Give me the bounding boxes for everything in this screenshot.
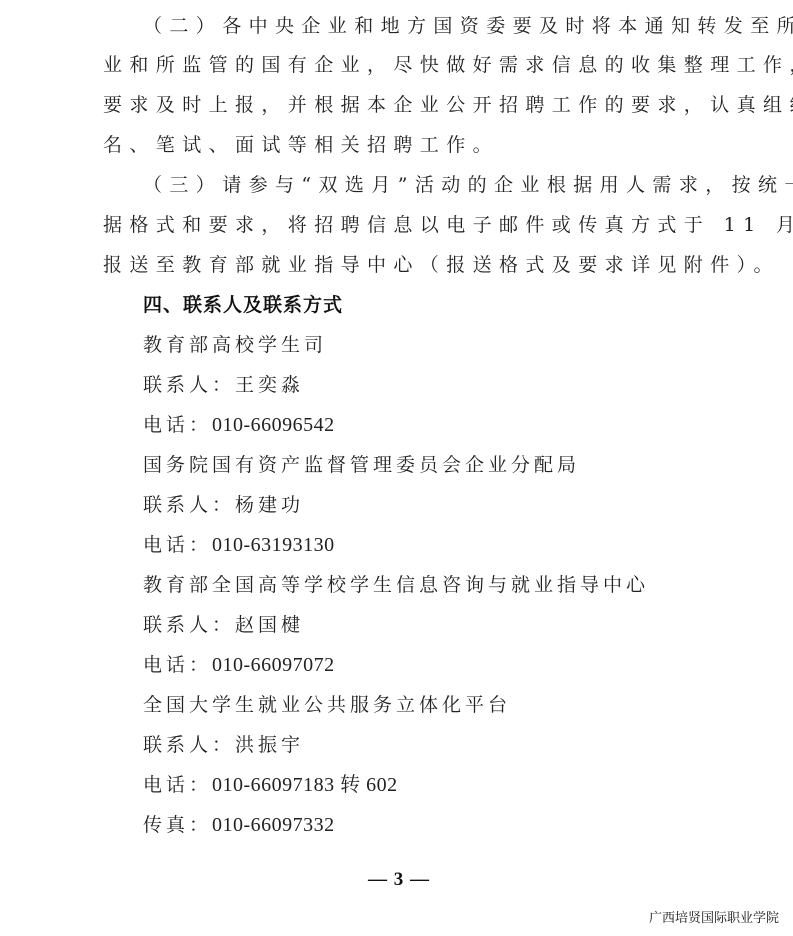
- contact-person-name: 洪振宇: [235, 734, 304, 756]
- paragraph-line: 业和所监管的国有企业，尽快做好需求信息的收集整理工作，按照: [103, 53, 793, 77]
- contact-phone: 电话：010-66097183 转 602: [143, 773, 398, 797]
- contact-person: 联系人：洪振宇: [143, 733, 304, 757]
- contact-phone-number: 010-66097072: [212, 654, 335, 676]
- contact-phone-number: 010-66097183 转 602: [212, 774, 398, 796]
- contact-org: 国务院国有资产监督管理委员会企业分配局: [143, 453, 580, 477]
- contact-fax-number: 010-66097332: [212, 814, 335, 836]
- contact-phone: 电话：010-66097072: [143, 653, 335, 677]
- paragraph-line: 名、笔试、面试等相关招聘工作。: [103, 133, 499, 157]
- paragraph-line: （三）请参与“双选月”活动的企业根据用人需求，按统一数: [143, 173, 793, 197]
- contact-phone-label: 电话：: [143, 414, 212, 436]
- paragraph-line: （二）各中央企业和地方国资委要及时将本通知转发至所属企: [143, 14, 793, 38]
- contact-person-name: 王奕淼: [235, 374, 304, 396]
- contact-phone-label: 电话：: [143, 654, 212, 676]
- contact-org: 全国大学生就业公共服务立体化平台: [143, 693, 511, 717]
- contact-person: 联系人：王奕淼: [143, 373, 304, 397]
- page-number: — 3 —: [368, 869, 430, 891]
- paragraph-line: 要求及时上报，并根据本企业公开招聘工作的要求，认真组织好报: [103, 93, 793, 117]
- contact-phone-label: 电话：: [143, 774, 212, 796]
- contact-person-label: 联系人：: [143, 494, 235, 516]
- contact-person-label: 联系人：: [143, 374, 235, 396]
- contact-org: 教育部全国高等学校学生信息咨询与就业指导中心: [143, 573, 649, 597]
- contact-person: 联系人：赵国楗: [143, 613, 304, 637]
- contact-fax-label: 传真：: [143, 814, 212, 836]
- contact-person-name: 赵国楗: [235, 614, 304, 636]
- contact-person: 联系人：杨建功: [143, 493, 304, 517]
- paragraph-line: 据格式和要求，将招聘信息以电子邮件或传真方式于 11 月 15 日前: [103, 213, 793, 237]
- paragraph-line: 报送至教育部就业指导中心（报送格式及要求详见附件）。: [103, 253, 780, 277]
- contact-phone: 电话：010-66096542: [143, 413, 335, 437]
- contact-phone-number: 010-63193130: [212, 534, 335, 556]
- contact-person-label: 联系人：: [143, 614, 235, 636]
- contact-phone-label: 电话：: [143, 534, 212, 556]
- section-heading: 四、联系人及联系方式: [143, 293, 343, 317]
- contact-phone-number: 010-66096542: [212, 414, 335, 436]
- watermark-text: 广西培贤国际职业学院: [649, 907, 779, 926]
- contact-person-name: 杨建功: [235, 494, 304, 516]
- contact-person-label: 联系人：: [143, 734, 235, 756]
- contact-phone: 电话：010-63193130: [143, 533, 335, 557]
- contact-fax: 传真：010-66097332: [143, 813, 335, 837]
- contact-org: 教育部高校学生司: [143, 333, 327, 357]
- document-page: （二）各中央企业和地方国资委要及时将本通知转发至所属企 业和所监管的国有企业，尽…: [0, 0, 793, 936]
